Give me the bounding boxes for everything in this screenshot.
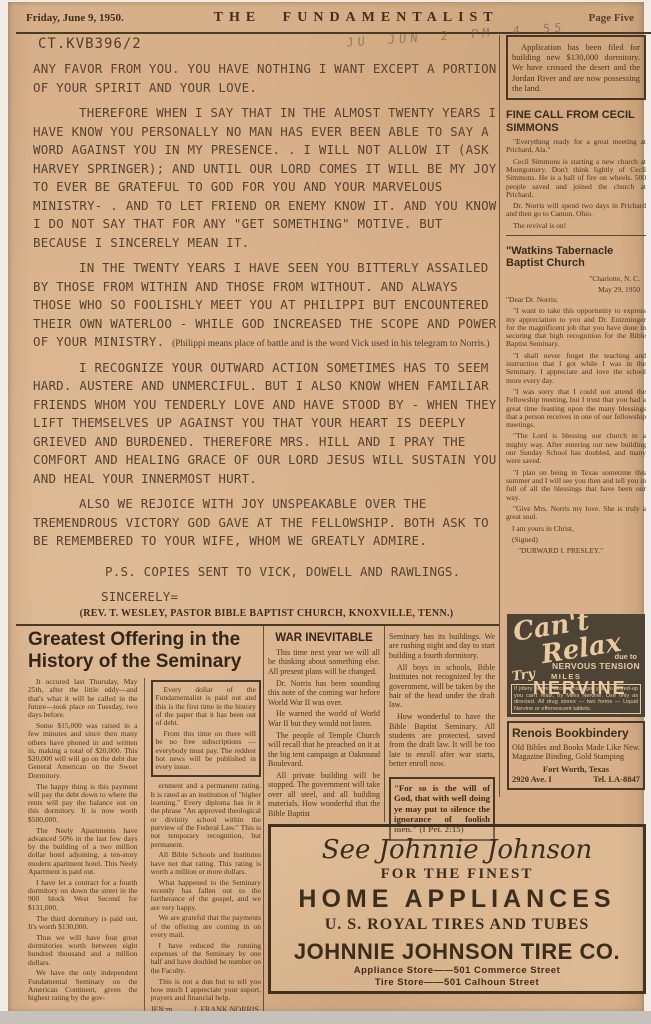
fine-call-paragraph: Dr. Norris will spend two days in Pricha… bbox=[506, 202, 646, 219]
scanned-newspaper-page: Friday, June 9, 1950. THE FUNDAMENTALIST… bbox=[0, 0, 651, 1024]
masthead-title: THE FUNDAMENTALIST bbox=[214, 10, 499, 26]
war-paragraph: He warned the world of World War II but … bbox=[268, 709, 380, 728]
seminary-paragraph: I have reduced the running expenses of t… bbox=[151, 942, 261, 975]
fine-call-title: FINE CALL FROM CECIL SIMMONS bbox=[506, 109, 646, 134]
watkins-paragraph: "The Lord is blessing our church in a mi… bbox=[506, 432, 646, 465]
buildings-article: Seminary has its buildings. We are rushi… bbox=[389, 632, 495, 841]
johnson-ad-subheadline: FOR THE FINEST bbox=[271, 865, 643, 884]
watkins-signoff-name: "DURWARD I. PRESLEY." bbox=[518, 546, 646, 555]
column-rule-1 bbox=[263, 626, 264, 1012]
nervine-ad: Can't Relax due to NERVOUS TENSION Try M… bbox=[507, 614, 645, 717]
seminary-paragraph: Some $15,000 was raised in a few minutes… bbox=[28, 722, 138, 780]
buildings-paragraph: All boys in schools, Bible Institutes no… bbox=[389, 663, 495, 710]
nervine-fine-print: If jittery nerves occasionally get you s… bbox=[511, 684, 641, 714]
seminary-columns: It occured last Thursday, May 25th, afte… bbox=[28, 678, 261, 1014]
letter-inline-note: (Philippi means place of battle and is t… bbox=[172, 339, 489, 349]
seminary-headline: Greatest Offering in the History of the … bbox=[28, 629, 261, 672]
watkins-paragraph: "I was sorry that I could not attend the… bbox=[506, 388, 646, 429]
letter-body: ANY FAVOR FROM YOU. YOU HAVE NOTHING I W… bbox=[33, 60, 500, 608]
war-title: WAR INEVITABLE bbox=[268, 632, 380, 645]
letter-paragraph: I RECOGNIZE YOUR OUTWARD ACTION SOMETIME… bbox=[33, 359, 500, 489]
seminary-paragraph: Thus we will have four great dormitories… bbox=[28, 934, 138, 967]
buildings-paragraph: Seminary has its buildings. We are rushi… bbox=[389, 632, 495, 660]
section-rule bbox=[16, 624, 499, 626]
seminary-note-paragraph: Every dollar of the Fundamentalist is pa… bbox=[156, 686, 256, 727]
dormitory-notice-box: Application has been filed for building … bbox=[506, 35, 646, 100]
seminary-article: Greatest Offering in the History of the … bbox=[28, 629, 261, 1014]
buildings-paragraph: How wonderful to have the Bible Baptist … bbox=[389, 712, 495, 768]
bookbindery-body: Old Bibles and Books Made Like New. Maga… bbox=[512, 743, 640, 762]
seminary-paragraph: The happy thing is this payment will pay… bbox=[28, 783, 138, 824]
watkins-dateline-date: May 29, 1950 bbox=[506, 285, 640, 294]
letter-paragraph-text: IN THE TWENTY YEARS I HAVE SEEN YOU BITT… bbox=[33, 260, 497, 349]
johnson-ad: See Johnnie Johnson FOR THE FINEST HOME … bbox=[268, 824, 646, 994]
war-paragraph: This time next year we will all be think… bbox=[268, 648, 380, 676]
war-paragraph: The people of Temple Church will recall … bbox=[268, 731, 380, 769]
letter-ps: P.S. COPIES SENT TO VICK, DOWELL AND RAW… bbox=[105, 563, 500, 582]
watkins-signoff-line: I am yours in Christ, bbox=[512, 524, 646, 533]
newspaper-page: Friday, June 9, 1950. THE FUNDAMENTALIST… bbox=[8, 2, 644, 1012]
seminary-paragraph: This is not a dun but to tell you how mu… bbox=[151, 978, 261, 1003]
watkins-salutation: "Dear Dr. Norris: bbox=[506, 296, 646, 304]
johnson-ad-tire-store-address: Tire Store——501 Calhoun Street bbox=[271, 977, 643, 989]
page-number: Page Five bbox=[588, 12, 634, 24]
bookbindery-title: Renois Bookbindery bbox=[512, 727, 640, 740]
bookbindery-address: 2920 Ave. I bbox=[512, 774, 552, 784]
column-rule-main bbox=[499, 35, 500, 797]
watkins-paragraph: "Give Mrs. Norris my love. She is truly … bbox=[506, 505, 646, 522]
section-divider bbox=[506, 235, 646, 236]
johnson-ad-appliance-store-address: Appliance Store——501 Commerce Street bbox=[271, 965, 643, 977]
war-article: WAR INEVITABLE This time next year we wi… bbox=[268, 632, 380, 820]
column-rule-2 bbox=[384, 626, 385, 822]
dormitory-notice-text: Application has been filed for building … bbox=[512, 42, 640, 93]
johnson-ad-appliances-line: HOME APPLIANCES bbox=[271, 884, 643, 914]
bookbindery-phone: Tel. LA-8847 bbox=[593, 774, 640, 784]
watkins-paragraph: "I want to take this opportunity to expr… bbox=[506, 307, 646, 348]
nervine-due-to: due to bbox=[615, 652, 638, 661]
letter-paragraph: ALSO WE REJOICE WITH JOY UNSPEAKABLE OVE… bbox=[33, 495, 500, 551]
scan-edge-strip bbox=[0, 1011, 651, 1024]
letter-attribution: (REV. T. WESLEY, PASTOR BIBLE BAPTIST CH… bbox=[33, 608, 500, 619]
watkins-paragraph: "I plan on being in Texas sometime this … bbox=[506, 469, 646, 502]
seminary-paragraph: The third dormitory is paid out. It's wo… bbox=[28, 915, 138, 932]
watkins-dateline-city: "Charlotte, N. C. bbox=[506, 274, 640, 283]
johnson-ad-tires-line: U. S. ROYAL TIRES AND TUBES bbox=[271, 914, 643, 935]
war-paragraph: Dr. Norris has been sounding this note o… bbox=[268, 679, 380, 707]
watkins-paragraph: "I shall never forget the teaching and i… bbox=[506, 352, 646, 385]
letter-closing: SINCERELY= bbox=[101, 588, 500, 607]
johnson-ad-company-name: JOHNNIE JOHNSON TIRE CO. bbox=[271, 938, 643, 965]
seminary-paragraph: What happened to the Seminary recently h… bbox=[151, 879, 261, 912]
handwritten-code: CT.KVB396/2 bbox=[38, 36, 142, 52]
seminary-paragraph: We are grateful that the payments of the… bbox=[151, 914, 261, 939]
seminary-paragraph: ernment and a permanent rating. It is ra… bbox=[151, 782, 261, 848]
fine-call-paragraph: The revival is on! bbox=[506, 222, 646, 230]
seminary-paragraph: It occured last Thursday, May 25th, afte… bbox=[28, 678, 138, 719]
seminary-paragraph: All Bible Schools and Institutes have no… bbox=[151, 851, 261, 876]
war-paragraph: All private building will be stopped. Th… bbox=[268, 771, 380, 818]
watkins-signoff-line: (Signed) bbox=[512, 535, 646, 544]
seminary-column-2: Every dollar of the Fundamentalist is pa… bbox=[144, 678, 261, 1014]
bookbindery-ad: Renois Bookbindery Old Bibles and Books … bbox=[507, 721, 645, 790]
seminary-paragraph: We have the only independent Fundamental… bbox=[28, 969, 138, 1002]
watkins-title: "Watkins Tabernacle Baptist Church bbox=[506, 245, 646, 270]
seminary-paragraph: I have let a contract for a fourth dormi… bbox=[28, 879, 138, 912]
johnson-ad-script-headline: See Johnnie Johnson bbox=[271, 835, 643, 865]
fine-call-paragraph: Cecil Simmons is starting a new church a… bbox=[506, 158, 646, 199]
seminary-column-1: It occured last Thursday, May 25th, afte… bbox=[28, 678, 138, 1014]
seminary-note-box: Every dollar of the Fundamentalist is pa… bbox=[151, 680, 261, 777]
bookbindery-contact-row: 2920 Ave. I Tel. LA-8847 bbox=[512, 774, 640, 784]
nervine-tension-label: NERVOUS TENSION bbox=[552, 661, 640, 671]
bookbindery-city: Fort Worth, Texas bbox=[512, 764, 640, 774]
letter-paragraph: ANY FAVOR FROM YOU. YOU HAVE NOTHING I W… bbox=[33, 60, 500, 97]
issue-date: Friday, June 9, 1950. bbox=[26, 12, 124, 24]
seminary-paragraph: The Neely Apartments have advanced 50% i… bbox=[28, 827, 138, 877]
letter-paragraph: THEREFORE WHEN I SAY THAT IN THE ALMOST … bbox=[33, 104, 500, 252]
seminary-note-paragraph: From this time on there will be no free … bbox=[156, 730, 256, 771]
fine-call-paragraph: "Everything ready for a great meeting at… bbox=[506, 138, 646, 155]
letter-paragraph: IN THE TWENTY YEARS I HAVE SEEN YOU BITT… bbox=[33, 259, 500, 352]
